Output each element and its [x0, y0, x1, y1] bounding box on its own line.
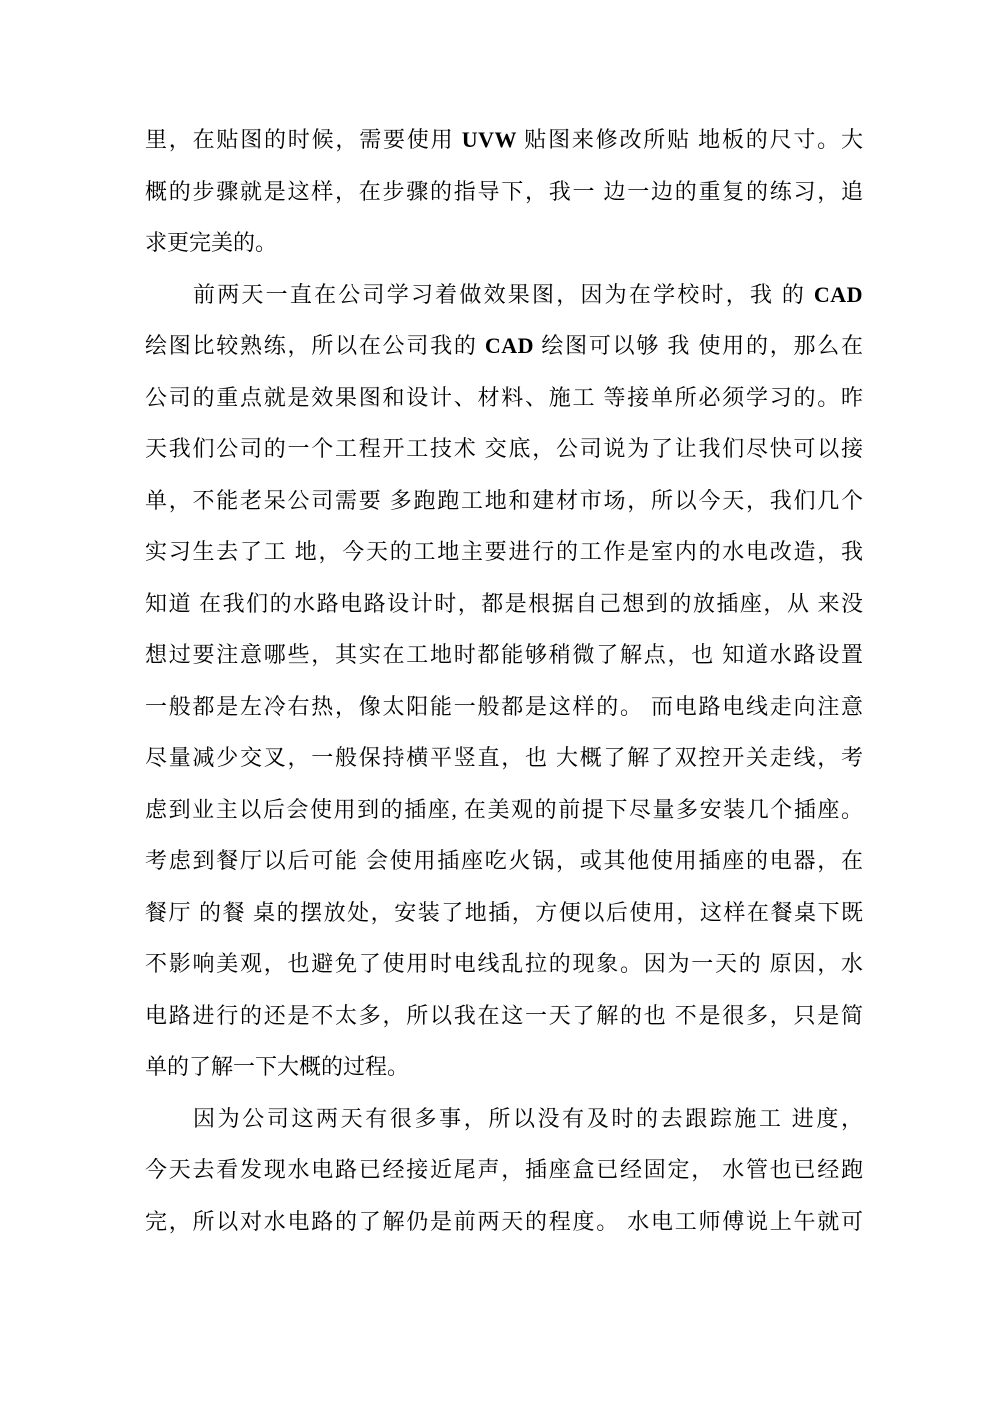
text-line: 今天去看发现水电路已经接近尾声，插座盒已经固定， 水管也已经跑	[145, 1144, 863, 1196]
text-run: 单，不能老呆公司需要 多跑跑工地和建材市场，所以今天，我们几个	[145, 488, 863, 513]
text-line: 一般都是左冷右热，像太阳能一般都是这样的。 而电路电线走向注意	[145, 681, 863, 733]
text-run: 求更完美的。	[145, 230, 277, 255]
text-line: 不影响美观，也避免了使用时电线乱拉的现象。因为一天的 原因，水	[145, 938, 863, 990]
text-line: 电路进行的还是不太多，所以我在这一天了解的也 不是很多，只是简	[145, 990, 863, 1042]
text-run: 餐厅 的餐 桌的摆放处，安装了地插，方便以后使用，这样在餐桌下既	[145, 900, 863, 925]
text-run: 绘图可以够 我 使用的，那么在	[534, 333, 863, 358]
text-run: 完，所以对水电路的了解仍是前两天的程度。 水电工师傅说上午就可	[145, 1209, 863, 1234]
text-run: 电路进行的还是不太多，所以我在这一天了解的也 不是很多，只是简	[145, 1003, 863, 1028]
text-line: 餐厅 的餐 桌的摆放处，安装了地插，方便以后使用，这样在餐桌下既	[145, 887, 863, 939]
bold-latin-acronym: UVW	[462, 127, 517, 152]
text-run: 一般都是左冷右热，像太阳能一般都是这样的。 而电路电线走向注意	[145, 694, 863, 719]
text-run: 里，在贴图的时候，需要使用	[145, 127, 462, 152]
text-run: 因为公司这两天有很多事，所以没有及时的去跟踪施工 进度，	[193, 1106, 863, 1131]
text-run: 实习生去了工 地，今天的工地主要进行的工作是室内的水电改造，我	[145, 539, 863, 564]
text-run: 今天去看发现水电路已经接近尾声，插座盒已经固定， 水管也已经跑	[145, 1157, 863, 1182]
text-line: 知道 在我们的水路电路设计时，都是根据自己想到的放插座，从 来没	[145, 578, 863, 630]
text-run: 概的步骤就是这样，在步骤的指导下，我一 边一边的重复的练习，追	[145, 179, 863, 204]
text-run: 尽量减少交叉，一般保持横平竖直，也 大概了解了双控开关走线，考	[145, 745, 863, 770]
text-run: 前两天一直在公司学习着做效果图，因为在学校时，我 的	[193, 282, 814, 307]
text-line: 尽量减少交叉，一般保持横平竖直，也 大概了解了双控开关走线，考	[145, 732, 863, 784]
text-run: 知道 在我们的水路电路设计时，都是根据自己想到的放插座，从 来没	[145, 591, 863, 616]
text-line: 实习生去了工 地，今天的工地主要进行的工作是室内的水电改造，我	[145, 526, 863, 578]
text-run: 想过要注意哪些，其实在工地时都能够稍微了解点，也 知道水路设置	[145, 642, 863, 667]
text-line: 考虑到餐厅以后可能 会使用插座吃火锅，或其他使用插座的电器，在	[145, 835, 863, 887]
text-line: 虑到业主以后会使用到的插座, 在美观的前提下尽量多安装几个插座。	[145, 784, 863, 836]
text-line: 求更完美的。	[145, 217, 863, 269]
text-line: 单的了解一下大概的过程。	[145, 1041, 863, 1093]
text-run: 天我们公司的一个工程开工技术 交底，公司说为了让我们尽快可以接	[145, 436, 863, 461]
text-run: 考虑到餐厅以后可能 会使用插座吃火锅，或其他使用插座的电器，在	[145, 848, 863, 873]
text-run: 虑到业主以后会使用到的插座, 在美观的前提下尽量多安装几个插座。	[145, 797, 863, 822]
document-page: 里，在贴图的时候，需要使用 UVW 贴图来修改所贴 地板的尺寸。大概的步骤就是这…	[0, 0, 1000, 1415]
text-run: 绘图比较熟练，所以在公司我的	[145, 333, 485, 358]
text-line: 想过要注意哪些，其实在工地时都能够稍微了解点，也 知道水路设置	[145, 629, 863, 681]
text-line: 前两天一直在公司学习着做效果图，因为在学校时，我 的 CAD	[145, 269, 863, 321]
text-line: 概的步骤就是这样，在步骤的指导下，我一 边一边的重复的练习，追	[145, 166, 863, 218]
text-line: 完，所以对水电路的了解仍是前两天的程度。 水电工师傅说上午就可	[145, 1196, 863, 1248]
text-run: 公司的重点就是效果图和设计、材料、施工 等接单所必须学习的。昨	[145, 385, 863, 410]
text-line: 公司的重点就是效果图和设计、材料、施工 等接单所必须学习的。昨	[145, 372, 863, 424]
text-run: 贴图来修改所贴 地板的尺寸。大	[517, 127, 863, 152]
bold-latin-acronym: CAD	[814, 282, 863, 307]
text-line: 绘图比较熟练，所以在公司我的 CAD 绘图可以够 我 使用的，那么在	[145, 320, 863, 372]
text-run: 单的了解一下大概的过程。	[145, 1054, 409, 1079]
text-run: 不影响美观，也避免了使用时电线乱拉的现象。因为一天的 原因，水	[145, 951, 863, 976]
document-body: 里，在贴图的时候，需要使用 UVW 贴图来修改所贴 地板的尺寸。大概的步骤就是这…	[145, 114, 863, 1247]
text-line: 因为公司这两天有很多事，所以没有及时的去跟踪施工 进度，	[145, 1093, 863, 1145]
bold-latin-acronym: CAD	[485, 333, 534, 358]
text-line: 天我们公司的一个工程开工技术 交底，公司说为了让我们尽快可以接	[145, 423, 863, 475]
text-line: 单，不能老呆公司需要 多跑跑工地和建材市场，所以今天，我们几个	[145, 475, 863, 527]
text-line: 里，在贴图的时候，需要使用 UVW 贴图来修改所贴 地板的尺寸。大	[145, 114, 863, 166]
